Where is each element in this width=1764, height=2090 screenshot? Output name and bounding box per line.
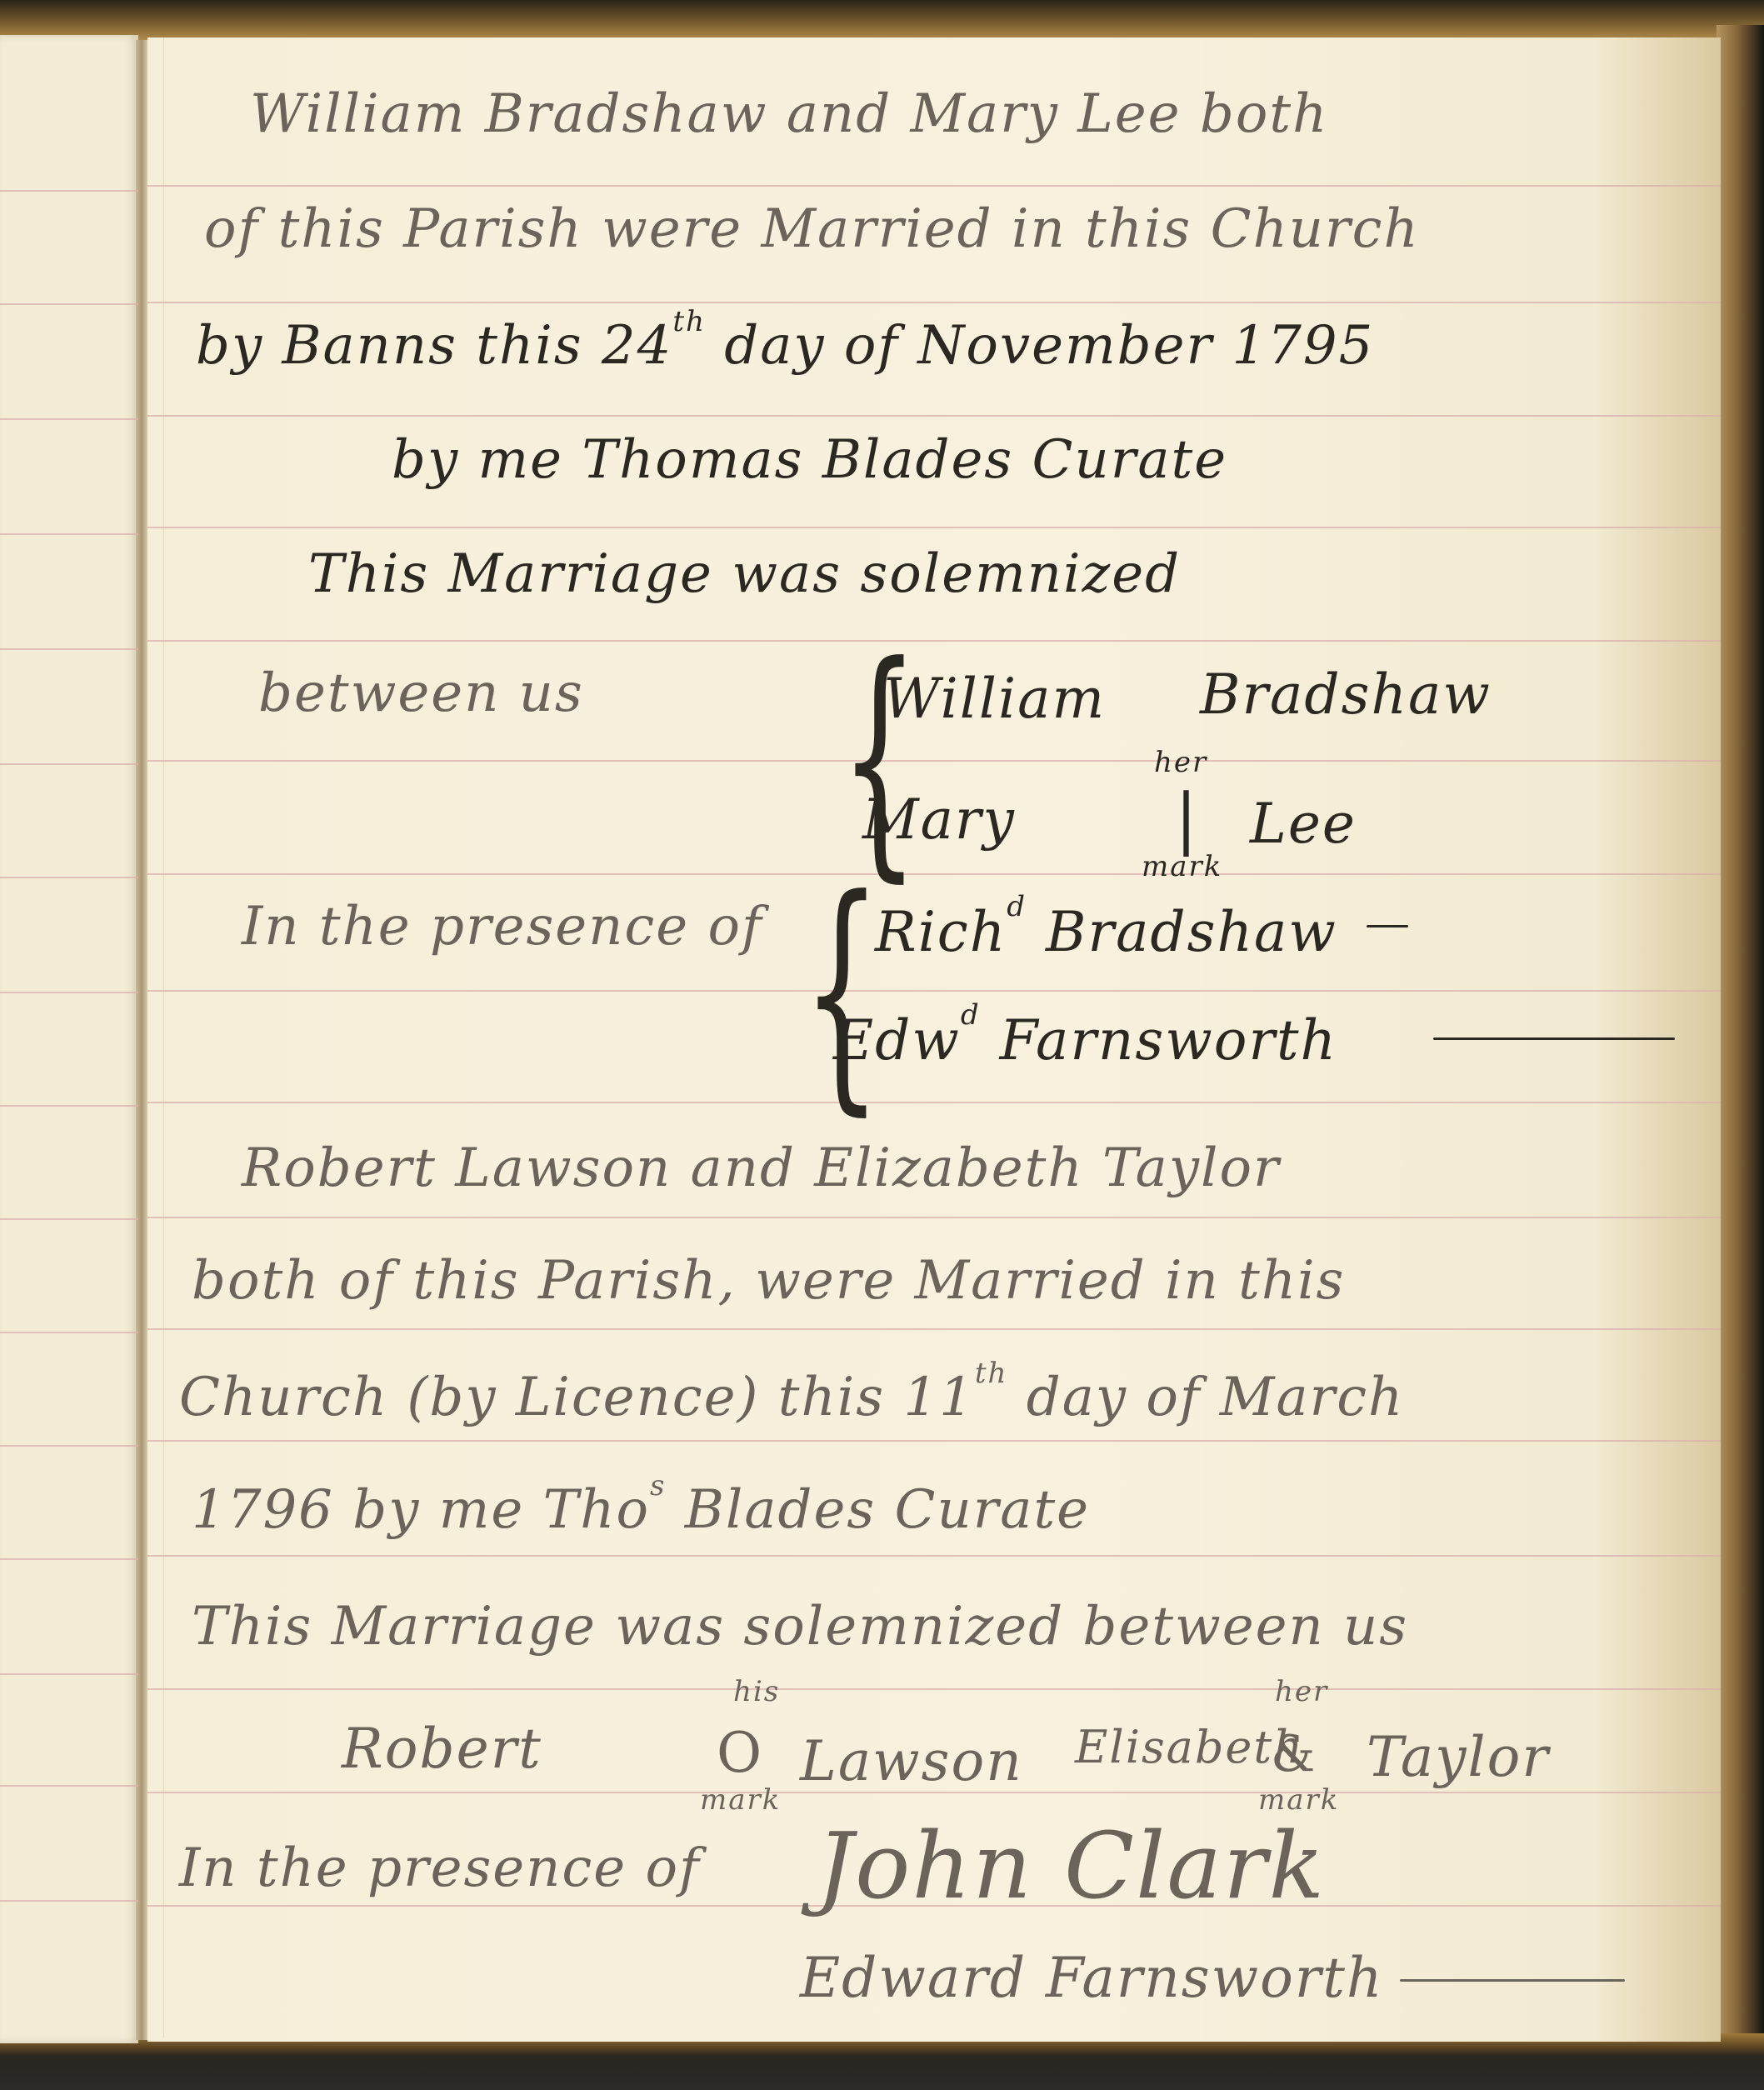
book-gutter [136,40,147,2040]
book-cover-bottom-edge [0,2033,1764,2090]
mark-label-above: his [733,1675,780,1708]
ruled-line [0,763,138,765]
ruled-line [0,1558,138,1560]
ruled-line [147,415,1721,417]
entry1-line-3: by Banns this 24th day of November 1795 [196,315,1374,377]
ruled-line [147,1555,1721,1557]
mark-label-below: mark [1258,1783,1339,1817]
ruled-line [147,1440,1721,1442]
ruled-line [0,303,138,305]
presence-label: In the presence of [179,1837,701,1899]
abbr-superscript: s [650,1469,666,1502]
ruled-line [147,1102,1721,1103]
witness-2-forename: Edw [833,1008,961,1072]
ruled-line [147,185,1721,187]
witness-1-surname: Bradshaw [1027,900,1337,964]
abbr-superscript: d [1007,890,1027,923]
entry1-curate-line: by me Thomas Blades Curate [392,429,1227,491]
party-signature-2: Mary [862,787,1016,852]
witness-signature-2: Edward Farnsworth [800,1946,1383,2010]
mark-label-above: her [1275,1675,1328,1708]
ruled-line [0,418,138,420]
cross-mark-symbol: | [1175,779,1199,857]
ruled-line [0,1900,138,1902]
signature-flourish [1400,1979,1625,1982]
ruled-line [147,640,1721,642]
left-page [0,35,138,2043]
party-signature-1: William [883,667,1106,731]
signature-flourish [1367,925,1408,927]
ruled-line [0,1332,138,1333]
abbr-superscript: d [961,998,981,1032]
witness-signature-1: John Clark [817,1812,1326,1919]
ordinal-superscript: th [672,305,706,338]
between-us-label: between us [258,662,584,724]
ruled-line [147,1688,1721,1690]
mark-symbol: & [1271,1725,1317,1783]
ruled-line [147,302,1721,303]
entry1-line-3-text: by Banns this 24 [196,315,672,377]
presence-label: In the presence of [242,896,763,957]
party-signature-2: Elisabeth [1075,1721,1304,1773]
entry1-line-2: of this Parish were Married in this Chur… [204,198,1420,260]
witness-1-forename: Rich [875,900,1007,964]
ruled-line [0,1105,138,1107]
brace-witnesses: { [802,867,882,1117]
entry2-line-3-text: Church (by Licence) this 11 [179,1367,975,1428]
ordinal-superscript: th [975,1357,1008,1390]
ruled-line [0,533,138,535]
party-signature-2-surname: Taylor [1367,1725,1550,1789]
ruled-line [0,1218,138,1220]
mark-label-above: her [1154,746,1207,779]
witness-signature-1: Richd Bradshaw [875,900,1337,964]
party-signature-1-surname: Lawson [800,1729,1023,1793]
entry2-line-3-date: day of March [1007,1367,1404,1428]
witness-signature-2: Edwd Farnsworth [833,1008,1337,1072]
entry2-line-2: both of this Parish, were Married in thi… [192,1250,1345,1312]
ruled-line [0,992,138,993]
entry2-curate: Blades Curate [666,1479,1090,1541]
party-signature-2-surname: Lee [1250,792,1357,856]
ruled-line [0,1785,138,1787]
party-signature-1-surname: Bradshaw [1200,662,1492,727]
party-signature-1: Robert [342,1717,542,1781]
mark-symbol: O [717,1721,763,1785]
entry2-solemnized-line: This Marriage was solemnized between us [192,1596,1408,1657]
ruled-line [147,1328,1721,1330]
entry2-line-1: Robert Lawson and Elizabeth Taylor [242,1137,1281,1199]
ruled-line [0,648,138,650]
entry1-solemnized-line: This Marriage was solemnized [308,543,1181,605]
ruled-line [147,873,1721,875]
ruled-line [0,877,138,878]
witness-2-surname: Farnsworth [981,1008,1337,1072]
entry1-line-1: William Bradshaw and Mary Lee both [250,83,1328,145]
ruled-line [0,1445,138,1447]
entry2-line-4-text: 1796 by me Tho [192,1479,650,1541]
ruled-line [147,990,1721,992]
entry1-line-3-date: day of November 1795 [706,315,1374,377]
ruled-line [147,1217,1721,1218]
ruled-line [0,190,138,192]
ruled-line [147,527,1721,528]
ruled-line [147,760,1721,762]
book-cover-top-edge [0,0,1764,40]
mark-label-below: mark [1142,850,1222,883]
mark-label-below: mark [700,1783,781,1817]
page-margin-line [163,37,164,2037]
entry2-line-3: Church (by Licence) this 11th day of Mar… [179,1367,1404,1428]
entry2-line-4: 1796 by me Thos Blades Curate [192,1479,1090,1541]
signature-flourish [1433,1037,1675,1040]
ruled-line [0,1673,138,1675]
book-cover-right-edge [1717,25,1764,2042]
